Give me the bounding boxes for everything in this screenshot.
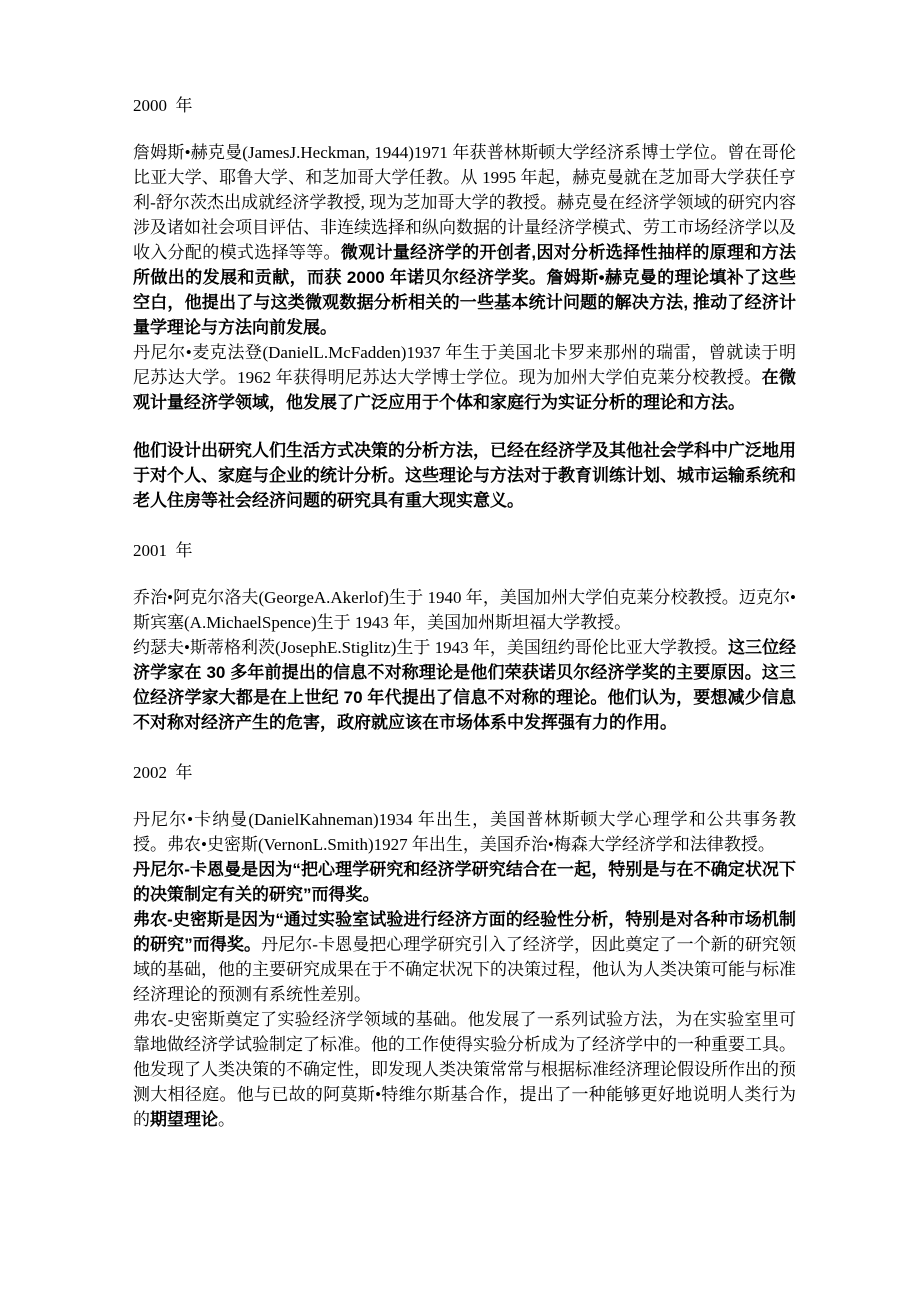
paragraph-akerlof-spence: 乔治•阿克尔洛夫(GeorgeA.Akerlof)生于 1940 年，美国加州大… (133, 585, 796, 635)
section-heading-2001: 2001 年 (133, 538, 796, 563)
section-2001: 2001 年 乔治•阿克尔洛夫(GeorgeA.Akerlof)生于 1940 … (133, 538, 796, 735)
paragraph-smith-award: 弗农-史密斯是因为“通过实验室试验进行经济方面的经验性分析，特别是对各种市场机制… (133, 907, 796, 1007)
bold-text-run: 丹尼尔-卡恩曼是因为“把心理学研究和经济学研究结合在一起，特别是与在不确定状况下… (133, 860, 796, 904)
paragraph-heckman: 詹姆斯•赫克曼(JamesJ.Heckman, 1944)1971 年获普林斯顿… (133, 140, 796, 340)
document-page: 2000 年 詹姆斯•赫克曼(JamesJ.Heckman, 1944)1971… (0, 0, 920, 1302)
paragraph-stiglitz: 约瑟夫•斯蒂格利茨(JosephE.Stiglitz)生于 1943 年，美国纽… (133, 635, 796, 735)
text-run: 乔治•阿克尔洛夫(GeorgeA.Akerlof)生于 1940 年，美国加州大… (133, 588, 796, 632)
section-heading-2000: 2000 年 (133, 93, 796, 118)
bold-text-run: 期望理论 (150, 1110, 218, 1129)
text-run: 丹尼尔•麦克法登(DanielL.McFadden)1937 年生于美国北卡罗来… (133, 343, 796, 387)
text-run: 丹尼尔•卡纳曼(DanielKahneman)1934 年出生，美国普林斯顿大学… (133, 810, 796, 854)
bold-text-run: 他们设计出研究人们生活方式决策的分析方法，已经在经济学及其他社会学科中广泛地用于… (133, 441, 796, 510)
paragraph-2000-summary: 他们设计出研究人们生活方式决策的分析方法，已经在经济学及其他社会学科中广泛地用于… (133, 438, 796, 513)
section-2000: 2000 年 詹姆斯•赫克曼(JamesJ.Heckman, 1944)1971… (133, 93, 796, 513)
section-heading-2002: 2002 年 (133, 760, 796, 785)
section-2002: 2002 年 丹尼尔•卡纳曼(DanielKahneman)1934 年出生，美… (133, 760, 796, 1132)
paragraph-kahneman-smith-intro: 丹尼尔•卡纳曼(DanielKahneman)1934 年出生，美国普林斯顿大学… (133, 807, 796, 857)
paragraph-kahneman-award: 丹尼尔-卡恩曼是因为“把心理学研究和经济学研究结合在一起，特别是与在不确定状况下… (133, 857, 796, 907)
paragraph-smith-contribution: 弗农-史密斯奠定了实验经济学领域的基础。他发展了一系列试验方法，为在实验室里可靠… (133, 1007, 796, 1132)
text-run: 约瑟夫•斯蒂格利茨(JosephE.Stiglitz)生于 1943 年，美国纽… (133, 638, 728, 657)
text-run: 。 (218, 1110, 235, 1129)
paragraph-mcfadden: 丹尼尔•麦克法登(DanielL.McFadden)1937 年生于美国北卡罗来… (133, 340, 796, 415)
